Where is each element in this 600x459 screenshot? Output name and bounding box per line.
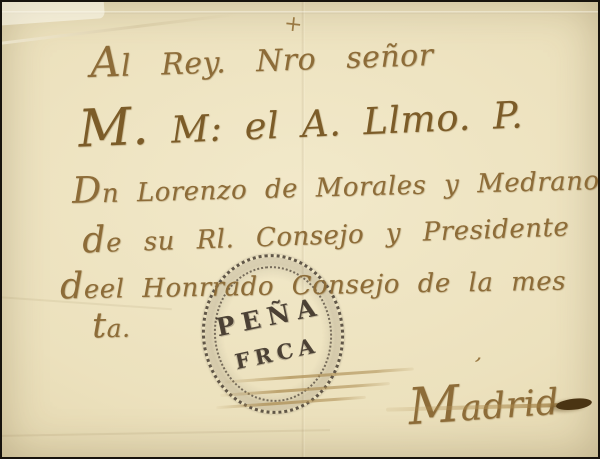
- destination-city: Madrid: [406, 367, 561, 436]
- address-line-honorific: M. M: el A. Llmo. P.: [77, 80, 524, 159]
- address-line-title-1: de su Rl. Consejo y Presidente: [81, 202, 569, 262]
- address-line-title-2: deel Honrrado Consejo de la mes: [60, 256, 567, 308]
- ink-blot: [555, 397, 592, 412]
- bottom-crease: [2, 429, 330, 437]
- letter-cover-scan: + Al Rey. Nro señor M. M: el A. Llmo. P.…: [0, 0, 600, 459]
- paper-edge-highlight: [0, 0, 105, 26]
- address-line-title-3: ta.: [92, 306, 131, 347]
- address-line-recipient: Al Rey. Nro señor: [89, 26, 434, 87]
